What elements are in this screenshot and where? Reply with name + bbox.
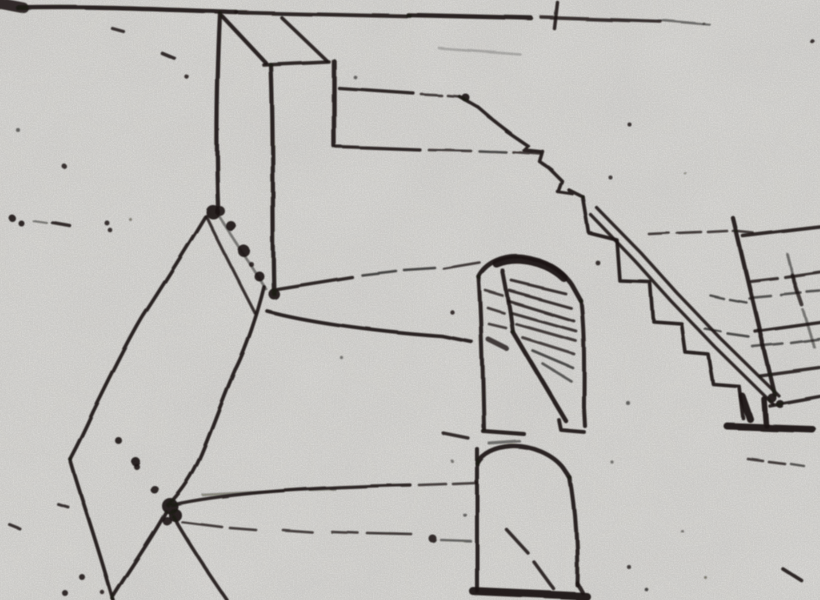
scanned-sketch bbox=[0, 0, 820, 600]
sketch-canvas bbox=[0, 0, 820, 600]
scan-grain-overlay bbox=[0, 0, 820, 600]
